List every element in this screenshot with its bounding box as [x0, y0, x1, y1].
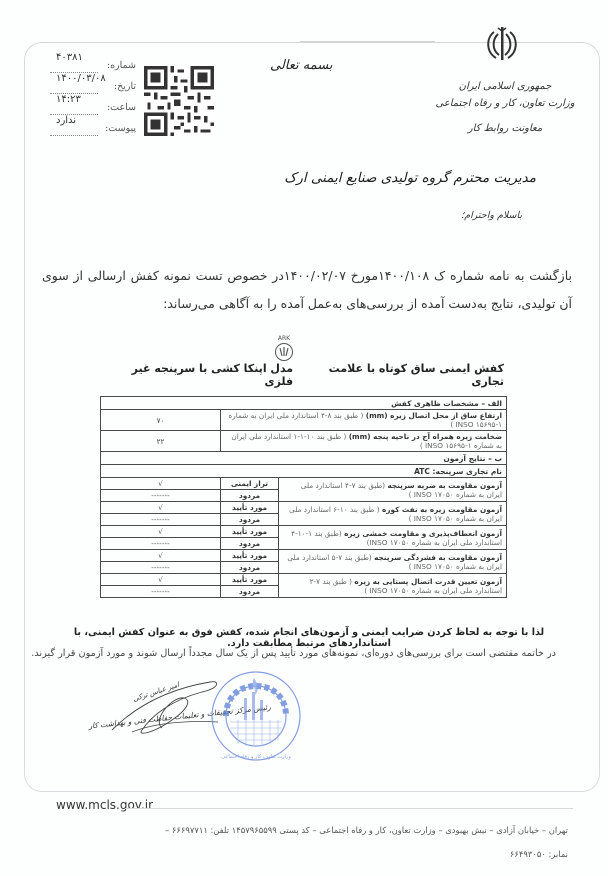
status-pass: مورد تأیید — [221, 526, 279, 538]
spec-row: ضخامت زیره همراه آج در ناحیه پنجه (mm) (… — [101, 431, 507, 452]
test-description: آزمون مقاومت به ضربه سرپنجه (طبق بند ۷-۴… — [279, 478, 507, 502]
website-link[interactable]: www.mcls.gov.ir — [56, 798, 153, 812]
test-row: آزمون تعیین قدرت اتصال پستایی به زیره ( … — [101, 574, 507, 586]
meta-number: شماره: ۴۰۳۸۱ — [40, 54, 136, 75]
deputy-name: معاونت روابط کار — [430, 120, 580, 137]
ministry-name: وزارت تعاون، کار و رفاه اجتماعی — [430, 95, 580, 112]
test-row: آزمون انعطاف‌پذیری و مقاومت خمشی زیره (ط… — [101, 526, 507, 538]
brand-logo-text: ARK — [271, 335, 297, 342]
section-b-heading: ب – نتایج آزمون — [101, 452, 507, 465]
fax-line: نمابر: ۶۶۴۹۳۰۵۰ — [58, 842, 568, 866]
divider — [125, 808, 573, 809]
status-fail: مردود — [221, 562, 279, 574]
product-title: کفش ایمنی ساق کوتاه با علامت تجاری — [293, 362, 504, 388]
section-b-row: ب – نتایج آزمون — [101, 452, 507, 465]
status-pass: مورد تأیید — [221, 502, 279, 514]
test-row: آزمون مقاومت زیره به نفث کوره ( طبق بند … — [101, 502, 507, 514]
status-fail: مردود — [221, 586, 279, 598]
ministry-letterhead: جمهوری اسلامی ایران وزارت تعاون، کار و ر… — [430, 78, 580, 137]
empty-mark: ------- — [101, 490, 221, 502]
test-description: آزمون مقاومت به فشردگی سرپنجه (طبق بند ۷… — [279, 550, 507, 574]
test-row: آزمون مقاومت به فشردگی سرپنجه (طبق بند ۷… — [101, 550, 507, 562]
empty-mark: ------- — [101, 514, 221, 526]
letter-number: ۴۰۳۸۱ — [56, 52, 83, 63]
spec-description: ارتفاع ساق از محل اتصال زیره (mm) ( طبق … — [221, 410, 507, 431]
divider — [300, 41, 435, 42]
meta-date: تاریخ: ۱۴۰۰/۰۳/۰۸ — [40, 75, 136, 96]
status-fail: مردود — [221, 538, 279, 550]
signature-icon — [92, 670, 224, 740]
section-a-heading: الف – مشخصات ظاهری کفش — [101, 397, 507, 410]
closing-note: در خاتمه مقتضی است برای بررسی‌های دوره‌ا… — [30, 646, 556, 661]
letter-attachment: ندارد — [56, 115, 76, 126]
svg-text:وزارت تعاون، کار و رفاه اجتماع: وزارت تعاون، کار و رفاه اجتماعی — [221, 754, 291, 760]
letter-meta: شماره: ۴۰۳۸۱ تاریخ: ۱۴۰۰/۰۳/۰۸ ساعت: ۱۴:… — [40, 54, 136, 138]
spec-value: ۲۲ — [101, 431, 221, 452]
check-mark-icon: √ — [101, 526, 221, 538]
official-stamp-icon: وزارت تعاون، کار و رفاه اجتماعی — [208, 668, 304, 764]
toecap-name: نام تجاری سرپنجه: ATC — [101, 465, 507, 478]
product-model: مدل اپنکا کشی با سرپنجه غیر فلزی — [100, 362, 293, 388]
empty-mark: ------- — [101, 538, 221, 550]
qr-code-icon — [144, 66, 214, 136]
test-row: آزمون مقاومت به ضربه سرپنجه (طبق بند ۷-۴… — [101, 478, 507, 490]
iran-emblem-icon — [482, 24, 522, 64]
test-description: آزمون انعطاف‌پذیری و مقاومت خمشی زیره (ط… — [279, 526, 507, 550]
letter-time: ۱۴:۲۳ — [56, 94, 81, 105]
test-description: آزمون تعیین قدرت اتصال پستایی به زیره ( … — [279, 574, 507, 598]
status-fail: مردود — [221, 490, 279, 502]
check-mark-icon: √ — [101, 502, 221, 514]
letter-date: ۱۴۰۰/۰۳/۰۸ — [56, 73, 106, 84]
check-mark-icon: √ — [101, 550, 221, 562]
meta-time: ساعت: ۱۴:۲۳ — [40, 96, 136, 117]
greeting: باسلام واحترام؛ — [461, 210, 522, 221]
product-heading: کفش ایمنی ساق کوتاه با علامت تجاری مدل ا… — [100, 362, 504, 388]
status-pass: مورد تأیید — [221, 550, 279, 562]
spec-value: ۷۰ — [101, 410, 221, 431]
status-fail: مردود — [221, 514, 279, 526]
spec-description: ضخامت زیره همراه آج در ناحیه پنجه (mm) (… — [221, 431, 507, 452]
spec-row: ارتفاع ساق از محل اتصال زیره (mm) ( طبق … — [101, 410, 507, 431]
recipient: مدیریت محترم گروه تولیدی صنایع ایمنی ارک — [284, 170, 536, 186]
empty-mark: ------- — [101, 562, 221, 574]
section-a-row: الف – مشخصات ظاهری کفش — [101, 397, 507, 410]
empty-mark: ------- — [101, 586, 221, 598]
check-mark-icon: √ — [101, 478, 221, 490]
address-line: تهران – خیابان آزادی – نبش بهبودی – وزار… — [58, 818, 568, 842]
status-pass: تراز ایمنی — [221, 478, 279, 490]
test-description: آزمون مقاومت زیره به نفث کوره ( طبق بند … — [279, 502, 507, 526]
test-results-table: الف – مشخصات ظاهری کفش ارتفاع ساق از محل… — [100, 396, 507, 598]
footer-address: تهران – خیابان آزادی – نبش بهبودی – وزار… — [58, 818, 568, 866]
brand-logo-icon — [274, 342, 294, 362]
country-name: جمهوری اسلامی ایران — [430, 78, 580, 95]
meta-attachment: پیوست: ندارد — [40, 117, 136, 138]
bismillah-heading: بسمه تعالی — [270, 58, 332, 73]
status-pass: مورد تأیید — [221, 574, 279, 586]
letter-body: بازگشت به نامه شماره ک ۱۴۰۰/۱۰۸مورخ ۱۴۰۰… — [42, 262, 572, 318]
toecap-row: نام تجاری سرپنجه: ATC — [101, 465, 507, 478]
check-mark-icon: √ — [101, 574, 221, 586]
